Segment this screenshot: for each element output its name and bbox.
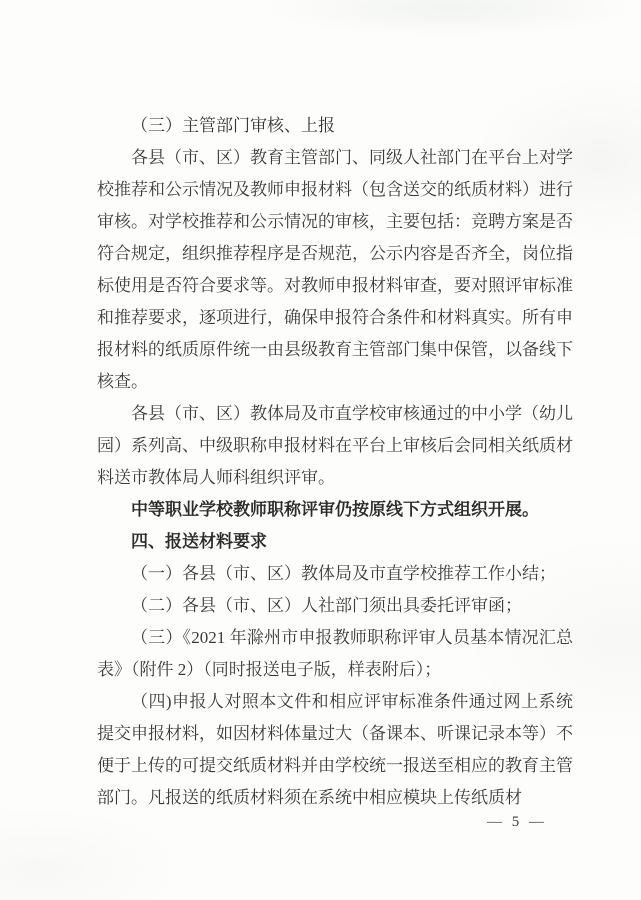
- paragraph-material-submission-flow: 各县（市、区）教体局及市直学校审核通过的中小学（幼儿园）系列高、中级职称申报材料…: [97, 398, 573, 494]
- list-item-3: （三）《2021 年滁州市申报教师职称评审人员基本情况汇总表》（附件 2）（同时…: [97, 622, 573, 686]
- document-page: （三）主管部门审核、上报 各县（市、区）教育主管部门、同级人社部门在平台上对学校…: [0, 0, 641, 900]
- list-item-4: （四)申报人对照本文件和相应评审标准条件通过网上系统提交申报材料，如因材料体量过…: [97, 686, 573, 814]
- list-item-2: （二）各县（市、区）人社部门须出具委托评审函；: [97, 590, 573, 622]
- paragraph-department-review: 各县（市、区）教育主管部门、同级人社部门在平台上对学校推荐和公示情况及教师申报材…: [97, 142, 573, 398]
- document-body: （三）主管部门审核、上报 各县（市、区）教育主管部门、同级人社部门在平台上对学校…: [97, 110, 573, 814]
- section-3-subheading: （三）主管部门审核、上报: [97, 110, 573, 142]
- paragraph-vocational-school-note: 中等职业学校教师职称评审仍按原线下方式组织开展。: [97, 494, 573, 526]
- list-item-1: （一）各县（市、区）教体局及市直学校推荐工作小结；: [97, 558, 573, 590]
- page-number: — 5 —: [487, 814, 547, 831]
- section-4-heading: 四、报送材料要求: [97, 526, 573, 558]
